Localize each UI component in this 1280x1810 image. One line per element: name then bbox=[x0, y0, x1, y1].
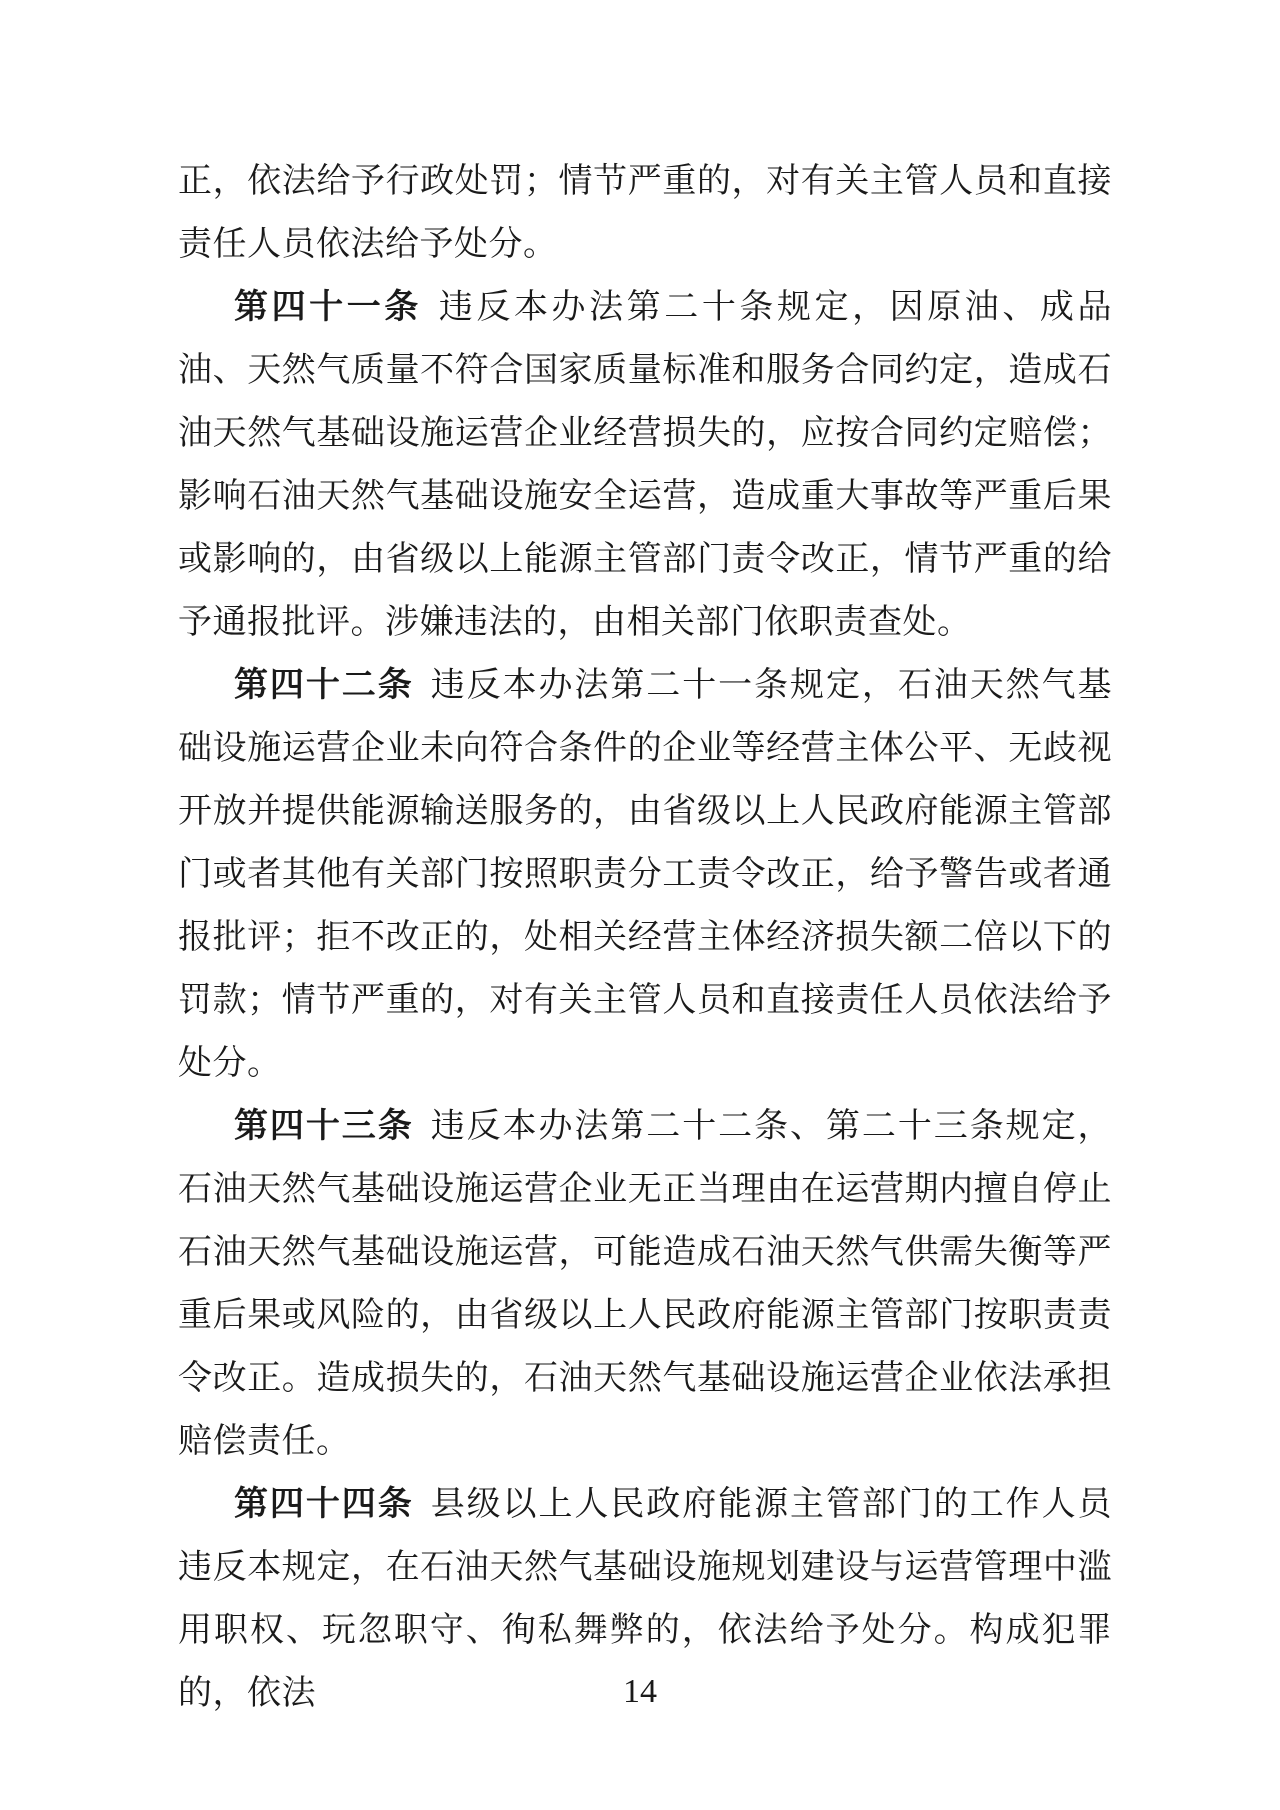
document-page: 正，依法给予行政处罚；情节严重的，对有关主管人员和直接责任人员依法给予处分。 第… bbox=[0, 0, 1280, 1810]
paragraph-article-42: 第四十二条违反本办法第二十一条规定，石油天然气基础设施运营企业未向符合条件的企业… bbox=[178, 654, 1112, 1095]
paragraph-continuation: 正，依法给予行政处罚；情节严重的，对有关主管人员和直接责任人员依法给予处分。 bbox=[178, 150, 1112, 276]
article-44-number: 第四十四条 bbox=[234, 1485, 414, 1523]
paragraph-article-43: 第四十三条违反本办法第二十二条、第二十三条规定，石油天然气基础设施运营企业无正当… bbox=[178, 1095, 1112, 1473]
page-footer: 14 bbox=[0, 1672, 1280, 1712]
document-body: 正，依法给予行政处罚；情节严重的，对有关主管人员和直接责任人员依法给予处分。 第… bbox=[178, 150, 1112, 1725]
article-43-text: 违反本办法第二十二条、第二十三条规定，石油天然气基础设施运营企业无正当理由在运营… bbox=[178, 1108, 1112, 1460]
article-42-text: 违反本办法第二十一条规定，石油天然气基础设施运营企业未向符合条件的企业等经营主体… bbox=[178, 667, 1112, 1082]
paragraph-article-41: 第四十一条违反本办法第二十条规定，因原油、成品油、天然气质量不符合国家质量标准和… bbox=[178, 276, 1112, 654]
article-42-number: 第四十二条 bbox=[234, 666, 414, 704]
article-41-text: 违反本办法第二十条规定，因原油、成品油、天然气质量不符合国家质量标准和服务合同约… bbox=[178, 289, 1112, 641]
article-43-number: 第四十三条 bbox=[234, 1107, 414, 1145]
article-41-number: 第四十一条 bbox=[234, 288, 422, 326]
paragraph-text: 正，依法给予行政处罚；情节严重的，对有关主管人员和直接责任人员依法给予处分。 bbox=[178, 163, 1112, 263]
page-number: 14 bbox=[623, 1673, 657, 1710]
